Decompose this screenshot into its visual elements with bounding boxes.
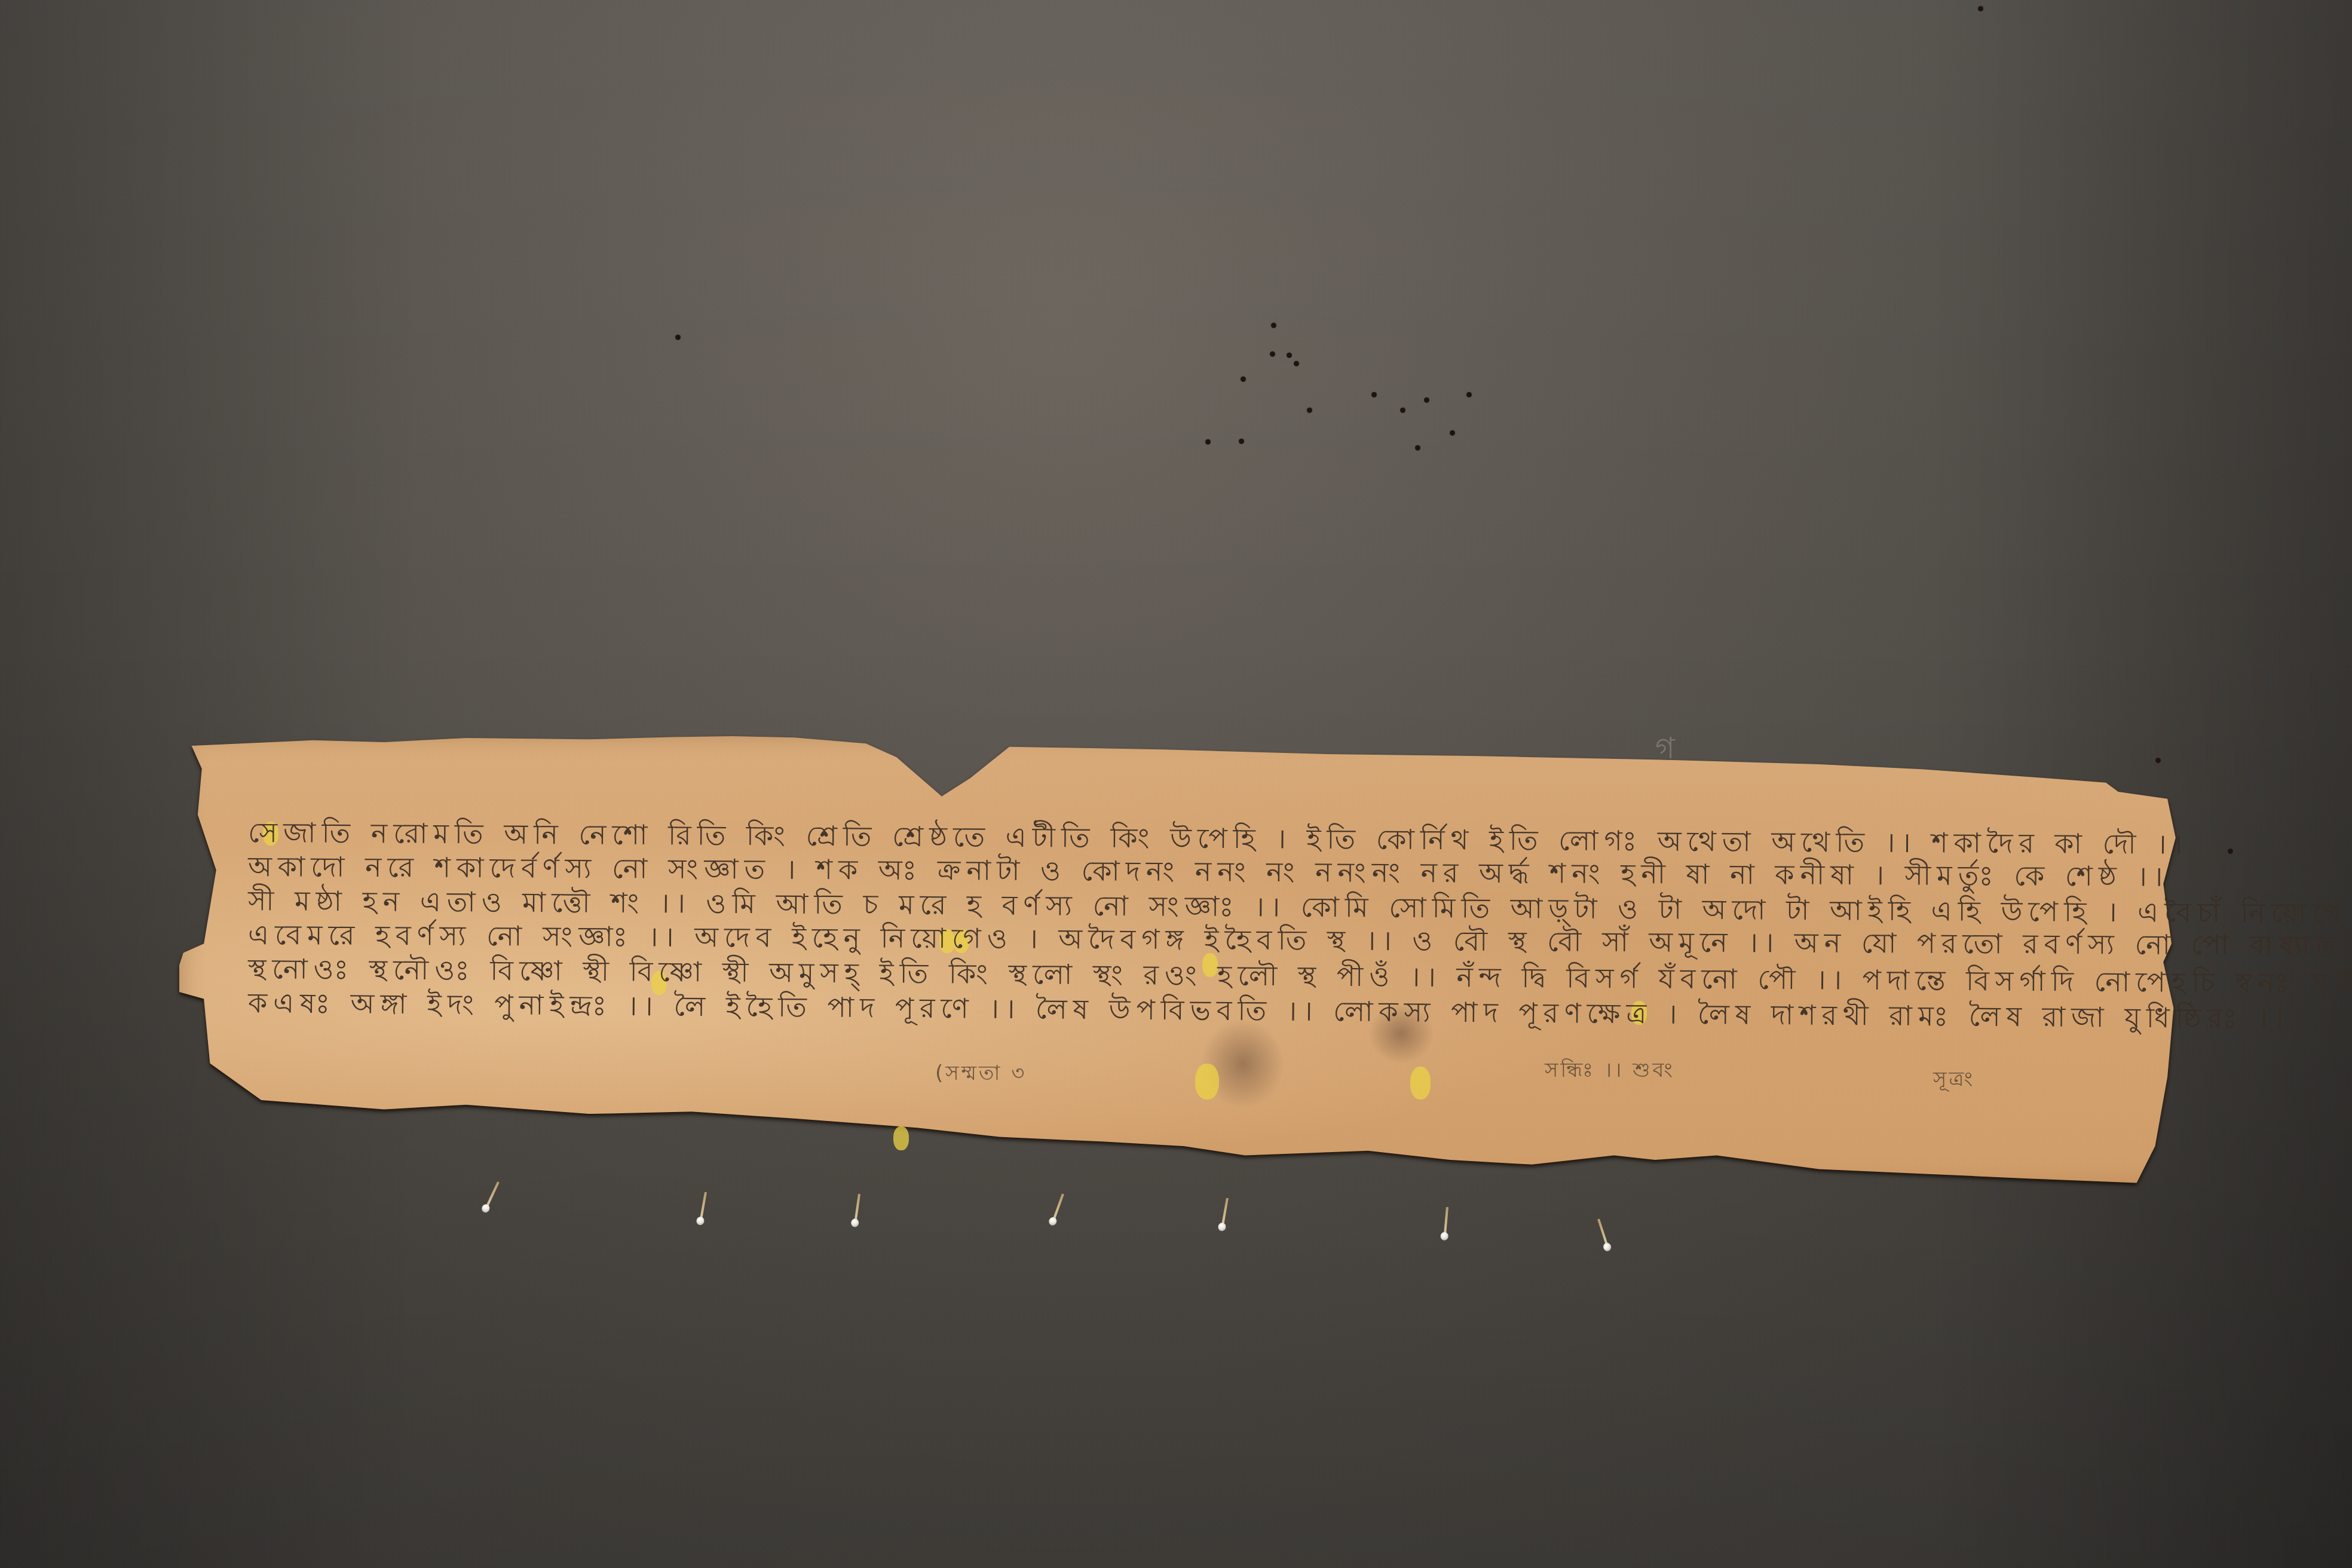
pinhole-icon [1241,376,1246,382]
pinhole-icon [1978,6,1983,11]
yellow-highlight-mark [1410,1067,1431,1100]
margin-note-right: সূত্ৰং [1933,1064,1975,1098]
pinhole-icon [1271,323,1276,328]
pinhole-icon [1307,408,1312,413]
pinhole-icon [1294,361,1299,366]
margin-note-left: (সম্মতা ৩ [935,1058,1027,1092]
yellow-highlight-mark [893,1126,909,1150]
pinhole-icon [1205,439,1211,445]
margin-note-center: সন্ধিঃ ।। শুবং [1545,1055,1675,1089]
pinhole-icon [1400,408,1405,413]
pinhole-icon [1287,353,1292,358]
pinhole-icon [1371,392,1377,397]
pinhole-icon [1415,445,1420,451]
pinhole-icon [1239,439,1244,444]
manuscript-text: সেজাতি নরোমতি অনি নেশো রিতি কিং শ্রেতি শ… [248,816,2148,1020]
pencil-folio-mark: গ [1655,726,1675,776]
pinhole-icon [675,335,681,340]
yellow-highlight-mark [1195,1064,1219,1100]
pinhole-icon [1466,392,1472,397]
pinhole-icon [1424,397,1429,403]
pinhole-icon [1450,430,1455,436]
pinhole-icon [1270,351,1275,357]
manuscript-folio: গ সেজাতি নরোমতি অনি নেশো রিতি কিং শ্রেতি… [179,732,2229,1192]
